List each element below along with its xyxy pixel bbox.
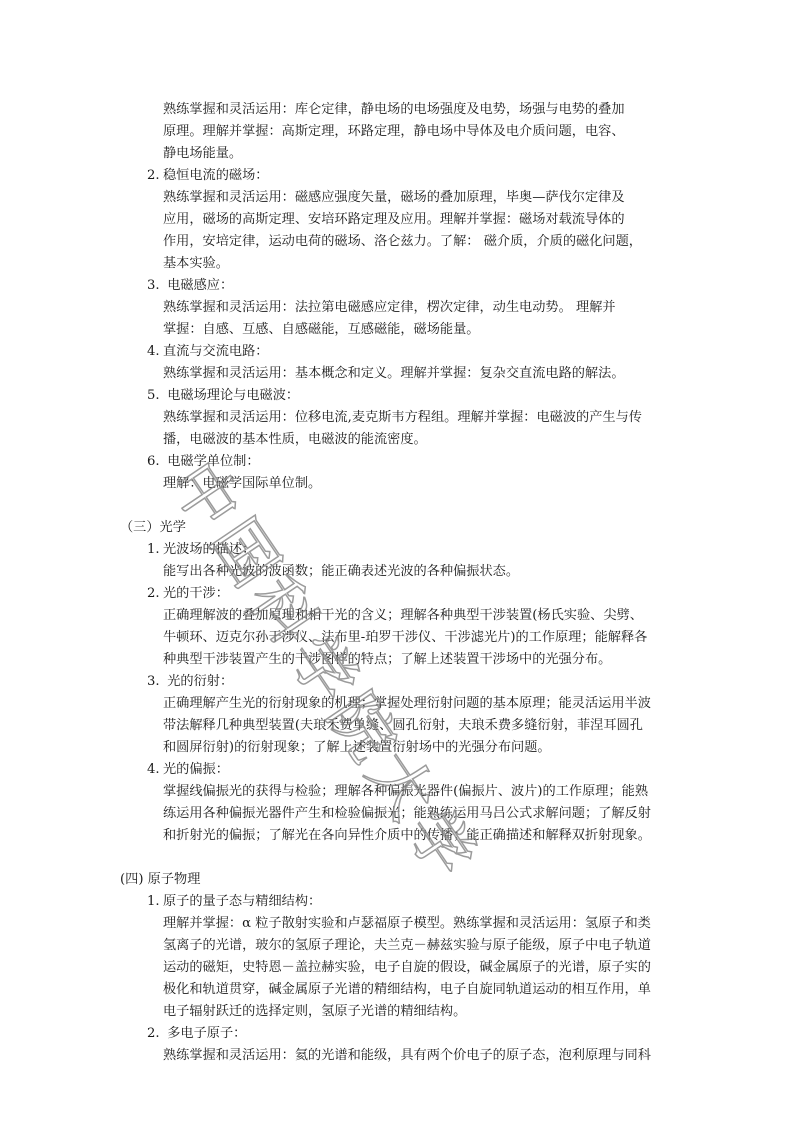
item-number: 4. — [147, 759, 163, 781]
item-body: 熟练掌握和灵活运用：磁感应强度矢量，磁场的叠加原理，毕奥—萨伐尔定律及 应用，磁… — [120, 187, 653, 275]
text-line: 正确理解产生光的衍射现象的机理；掌握处理衍射问题的基本原理；能灵活运用半波 — [163, 693, 653, 715]
text-line: 和折射光的偏振；了解光在各向异性介质中的传播；能正确描述和解释双折射现象。 — [163, 825, 653, 847]
list-item: 6. 电磁学单位制： 理解：电磁学国际单位制。 — [120, 451, 700, 495]
item-heading: 3. 电磁感应： — [120, 275, 700, 297]
item-heading: 5. 电磁场理论与电磁波： — [120, 385, 700, 407]
text-line: 带法解释几种典型装置(夫琅禾费单缝、圆孔衍射，夫琅禾费多缝衍射，菲涅耳圆孔 — [163, 715, 653, 737]
item-title: 光的衍射： — [163, 674, 233, 689]
text-line: 作用，安培定律，运动电荷的磁场、洛仑兹力。了解： 磁介质，介质的磁化问题， — [163, 231, 653, 253]
section-title: （三）光学 — [120, 517, 700, 539]
item-body: 熟练掌握和灵活运用：基本概念和定义。理解并掌握：复杂交直流电路的解法。 — [120, 363, 653, 385]
text-line: 掌握：自感、互感、自感磁能，互感磁能，磁场能量。 — [163, 319, 653, 341]
item-title: 电磁场理论与电磁波： — [163, 388, 299, 403]
list-item: 3. 光的衍射： 正确理解产生光的衍射现象的机理；掌握处理衍射问题的基本原理；能… — [120, 671, 700, 759]
item-number: 3. — [147, 275, 163, 297]
text-line: 电子辐射跃迁的选择定则，氢原子光谱的精细结构。 — [163, 1001, 653, 1023]
spacer — [120, 495, 700, 517]
list-item: 2.稳恒电流的磁场： 熟练掌握和灵活运用：磁感应强度矢量，磁场的叠加原理，毕奥—… — [120, 165, 700, 275]
section-title: (四) 原子物理 — [120, 869, 700, 891]
item-body: 熟练掌握和灵活运用：法拉第电磁感应定律，楞次定律，动生电动势。 理解并 掌握：自… — [120, 297, 653, 341]
text-line: 熟练掌握和灵活运用：基本概念和定义。理解并掌握：复杂交直流电路的解法。 — [163, 363, 653, 385]
item-heading: 2.光的干涉： — [120, 583, 700, 605]
section-electromagnetism: 2.稳恒电流的磁场： 熟练掌握和灵活运用：磁感应强度矢量，磁场的叠加原理，毕奥—… — [120, 165, 700, 495]
text-line: 能写出各种光波的波函数；能正确表述光波的各种偏振状态。 — [163, 561, 653, 583]
item-heading: 1.原子的量子态与精细结构： — [120, 891, 700, 913]
item-title: 电磁感应： — [163, 278, 233, 293]
text-line: 掌握线偏振光的获得与检验；理解各种偏振光器件(偏振片、波片)的工作原理；能熟 — [163, 781, 653, 803]
item-body: 正确理解波的叠加原理和相干光的含义；理解各种典型干涉装置(杨氏实验、尖劈、 牛顿… — [120, 605, 653, 671]
text-line: 播，电磁波的基本性质，电磁波的能流密度。 — [163, 429, 653, 451]
text-line: 基本实验。 — [163, 253, 653, 275]
list-item: 3. 电磁感应： 熟练掌握和灵活运用：法拉第电磁感应定律，楞次定律，动生电动势。… — [120, 275, 700, 341]
item-title: 原子的量子态与精细结构： — [163, 894, 321, 909]
item-title: 光的偏振： — [163, 762, 229, 777]
item-number: 6. — [147, 451, 163, 473]
text-line: 熟练掌握和灵活运用：法拉第电磁感应定律，楞次定律，动生电动势。 理解并 — [163, 297, 653, 319]
text-line: 理解并掌握：α 粒子散射实验和卢瑟福原子模型。熟练掌握和灵活运用：氢原子和类 — [163, 913, 653, 935]
list-item: 4.直流与交流电路： 熟练掌握和灵活运用：基本概念和定义。理解并掌握：复杂交直流… — [120, 341, 700, 385]
item-heading: 2.稳恒电流的磁场： — [120, 165, 700, 187]
text-line: 原理。理解并掌握：高斯定理，环路定理，静电场中导体及电介质问题，电容、 — [163, 121, 653, 143]
item-number: 4. — [147, 341, 163, 363]
list-item: 2. 多电子原子： 熟练掌握和灵活运用：氦的光谱和能级，具有两个价电子的原子态，… — [120, 1023, 700, 1067]
item-number: 2. — [147, 1023, 163, 1045]
item-title: 光波场的描述： — [163, 542, 255, 557]
item-body: 理解并掌握：α 粒子散射实验和卢瑟福原子模型。熟练掌握和灵活运用：氢原子和类 氢… — [120, 913, 653, 1023]
item-number: 5. — [147, 385, 163, 407]
text-line: 极化和轨道贯穿，碱金属原子光谱的精细结构，电子自旋同轨道运动的相互作用，单 — [163, 979, 653, 1001]
item-body: 熟练掌握和灵活运用：氦的光谱和能级，具有两个价电子的原子态，泡利原理与同科 — [120, 1045, 653, 1067]
list-item: 1.光波场的描述： 能写出各种光波的波函数；能正确表述光波的各种偏振状态。 — [120, 539, 700, 583]
item-heading: 4.直流与交流电路： — [120, 341, 700, 363]
item-number: 2. — [147, 165, 163, 187]
text-line: 应用，磁场的高斯定理、安培环路定理及应用。理解并掌握：磁场对载流导体的 — [163, 209, 653, 231]
text-line: 熟练掌握和灵活运用：位移电流,麦克斯韦方程组。理解并掌握：电磁波的产生与传 — [163, 407, 653, 429]
item-heading: 2. 多电子原子： — [120, 1023, 700, 1045]
text-line: 静电场能量。 — [163, 143, 653, 165]
intro-paragraph: 熟练掌握和灵活运用：库仑定律，静电场的电场强度及电势，场强与电势的叠加 原理。理… — [120, 99, 653, 165]
item-number: 2. — [147, 583, 163, 605]
spacer — [120, 847, 700, 869]
document-page: 熟练掌握和灵活运用：库仑定律，静电场的电场强度及电势，场强与电势的叠加 原理。理… — [0, 0, 793, 1122]
page-content: 熟练掌握和灵活运用：库仑定律，静电场的电场强度及电势，场强与电势的叠加 原理。理… — [120, 99, 700, 1067]
item-number: 3. — [147, 671, 163, 693]
item-title: 光的干涉： — [163, 586, 229, 601]
item-body: 掌握线偏振光的获得与检验；理解各种偏振光器件(偏振片、波片)的工作原理；能熟 练… — [120, 781, 653, 847]
item-title: 多电子原子： — [163, 1026, 246, 1041]
item-title: 电磁学单位制： — [163, 454, 260, 469]
item-body: 能写出各种光波的波函数；能正确表述光波的各种偏振状态。 — [120, 561, 653, 583]
list-item: 1.原子的量子态与精细结构： 理解并掌握：α 粒子散射实验和卢瑟福原子模型。熟练… — [120, 891, 700, 1023]
list-item: 5. 电磁场理论与电磁波： 熟练掌握和灵活运用：位移电流,麦克斯韦方程组。理解并… — [120, 385, 700, 451]
text-line: 氢离子的光谱，玻尔的氢原子理论，夫兰克－赫兹实验与原子能级，原子中电子轨道 — [163, 935, 653, 957]
item-heading: 6. 电磁学单位制： — [120, 451, 700, 473]
text-line: 理解：电磁学国际单位制。 — [163, 473, 653, 495]
item-heading: 4.光的偏振： — [120, 759, 700, 781]
text-line: 种典型干涉装置产生的干涉图样的特点；了解上述装置干涉场中的光强分布。 — [163, 649, 653, 671]
item-heading: 1.光波场的描述： — [120, 539, 700, 561]
text-line: 和圆屏衍射)的衍射现象；了解上述装置衍射场中的光强分布问题。 — [163, 737, 653, 759]
text-line: 熟练掌握和灵活运用：磁感应强度矢量，磁场的叠加原理，毕奥—萨伐尔定律及 — [163, 187, 653, 209]
item-title: 稳恒电流的磁场： — [163, 168, 269, 183]
item-number: 1. — [147, 891, 163, 913]
item-body: 理解：电磁学国际单位制。 — [120, 473, 653, 495]
item-title: 直流与交流电路： — [163, 344, 269, 359]
list-item: 4.光的偏振： 掌握线偏振光的获得与检验；理解各种偏振光器件(偏振片、波片)的工… — [120, 759, 700, 847]
item-body: 正确理解产生光的衍射现象的机理；掌握处理衍射问题的基本原理；能灵活运用半波 带法… — [120, 693, 653, 759]
list-item: 2.光的干涉： 正确理解波的叠加原理和相干光的含义；理解各种典型干涉装置(杨氏实… — [120, 583, 700, 671]
section-atomic-physics: (四) 原子物理 1.原子的量子态与精细结构： 理解并掌握：α 粒子散射实验和卢… — [120, 869, 700, 1067]
item-number: 1. — [147, 539, 163, 561]
section-optics: （三）光学 1.光波场的描述： 能写出各种光波的波函数；能正确表述光波的各种偏振… — [120, 517, 700, 847]
text-line: 熟练掌握和灵活运用：氦的光谱和能级，具有两个价电子的原子态，泡利原理与同科 — [163, 1045, 653, 1067]
text-line: 牛顿环、迈克尔孙干涉仪、法布里-珀罗干涉仪、干涉滤光片)的工作原理；能解释各 — [163, 627, 653, 649]
item-heading: 3. 光的衍射： — [120, 671, 700, 693]
text-line: 练运用各种偏振光器件产生和检验偏振光；能熟练运用马吕公式求解问题；了解反射 — [163, 803, 653, 825]
item-body: 熟练掌握和灵活运用：位移电流,麦克斯韦方程组。理解并掌握：电磁波的产生与传 播，… — [120, 407, 653, 451]
text-line: 熟练掌握和灵活运用：库仑定律，静电场的电场强度及电势，场强与电势的叠加 — [163, 99, 653, 121]
text-line: 正确理解波的叠加原理和相干光的含义；理解各种典型干涉装置(杨氏实验、尖劈、 — [163, 605, 653, 627]
text-line: 运动的磁矩，史特恩－盖拉赫实验，电子自旋的假设，碱金属原子的光谱，原子实的 — [163, 957, 653, 979]
